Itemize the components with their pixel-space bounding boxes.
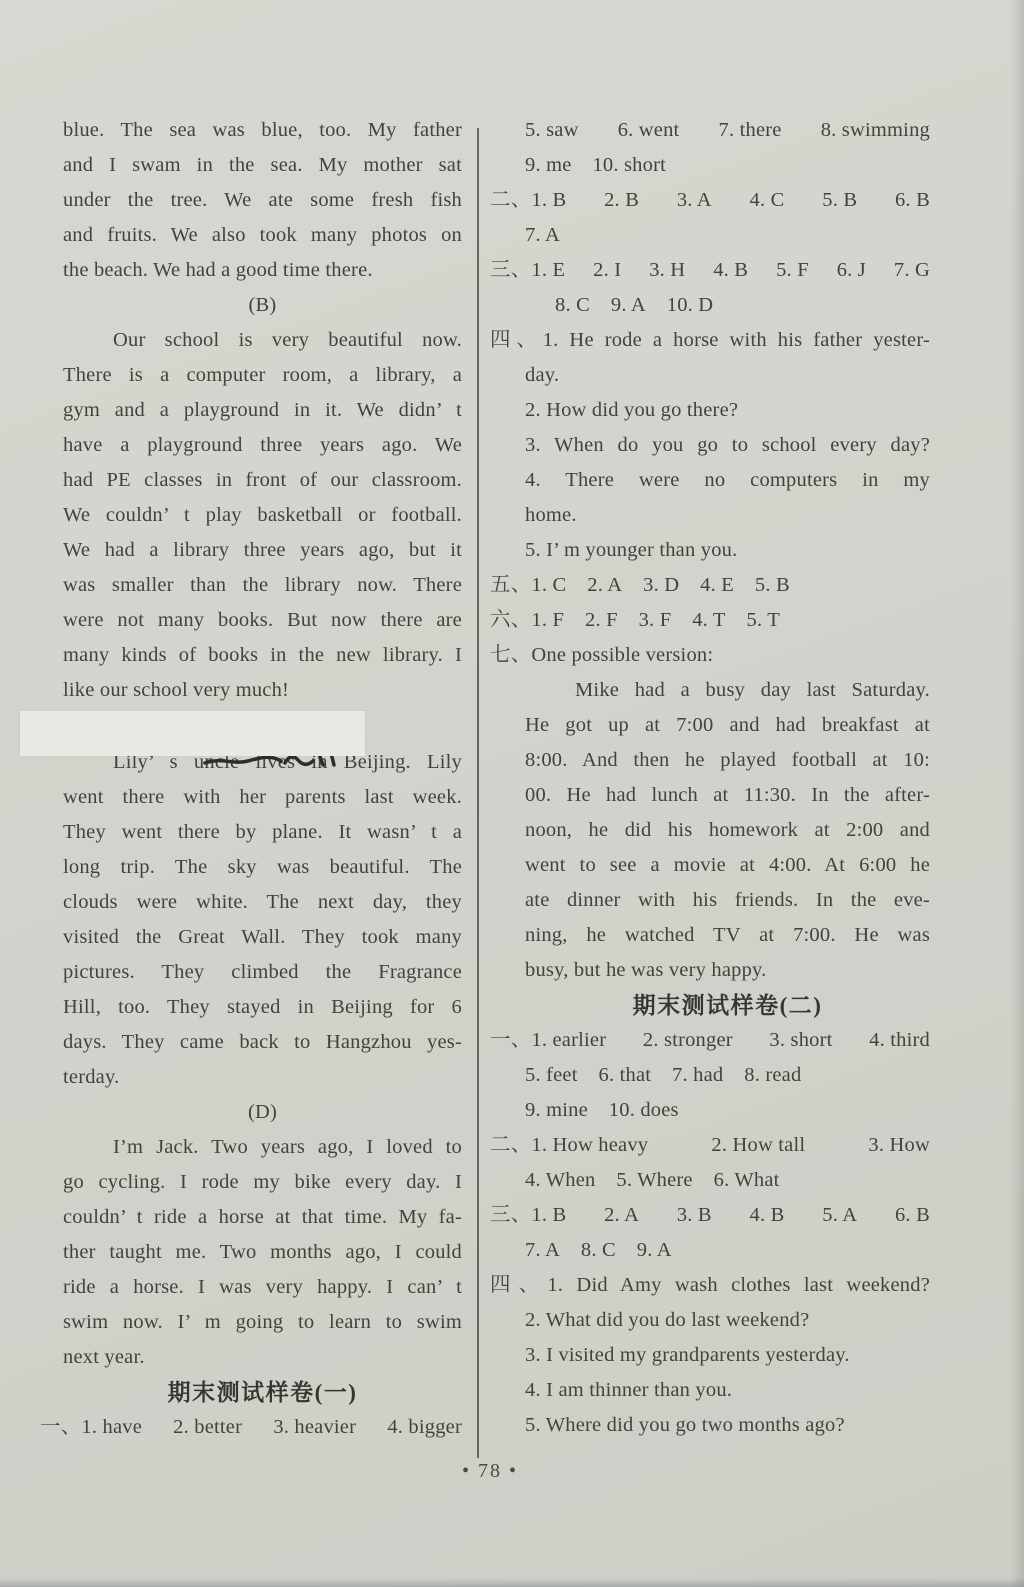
text-line: 5. Where did you go two months ago?	[525, 1408, 930, 1443]
answer-item: 7. G	[894, 253, 930, 288]
text-line: They went there by plane. It wasn’ t a	[63, 815, 462, 850]
answer-item: 4. C	[750, 183, 785, 218]
text-line: blue. The sea was blue, too. My father	[63, 113, 462, 148]
column-divider	[477, 128, 479, 1458]
text-line: days. They came back to Hangzhou yes-	[63, 1025, 462, 1060]
answer-item: 6. J	[837, 253, 866, 288]
text-line: 8:00. And then he played football at 10:	[525, 743, 930, 778]
text-line: have a playground three years ago. We	[63, 428, 462, 463]
answer-item: 三、1. B	[490, 1198, 566, 1233]
text-line: visited the Great Wall. They took many	[63, 920, 462, 955]
text-line: was smaller than the library now. There	[63, 568, 462, 603]
text-line: busy, but he was very happy.	[525, 953, 930, 988]
answer-item: 2. B	[604, 183, 639, 218]
section-heading: 期末测试样卷(二)	[525, 988, 930, 1023]
text-line: 8. C 9. A 10. D	[525, 288, 930, 323]
text-line: 5. feet 6. that 7. had 8. read	[525, 1058, 930, 1093]
answer-item: 3. short	[769, 1023, 832, 1058]
answer-item: 三、1. E	[490, 253, 565, 288]
answer-item: 6. B	[895, 1198, 930, 1233]
text-line: gym and a playground in it. We didn’ t	[63, 393, 462, 428]
answer-item: 3. B	[677, 1198, 712, 1233]
text-line: 9. mine 10. does	[525, 1093, 930, 1128]
text-line: day.	[525, 358, 930, 393]
answer-item: 4. bigger	[387, 1410, 462, 1445]
text-line: 六、1. F 2. F 3. F 4. T 5. T	[490, 603, 930, 638]
text-line: and fruits. We also took many photos on	[63, 218, 462, 253]
answer-item: 5. B	[822, 183, 857, 218]
answer-item: 2. I	[593, 253, 621, 288]
right-column: 5. saw6. went7. there8. swimming9. me 10…	[525, 113, 930, 1443]
answer-row: 5. saw6. went7. there8. swimming	[525, 113, 930, 148]
left-column: blue. The sea was blue, too. My fatheran…	[63, 113, 462, 1445]
answer-row: 三、1. B2. A3. B4. B5. A6. B	[490, 1198, 930, 1233]
text-line: (D)	[63, 1095, 462, 1130]
whiteout-gap	[63, 708, 462, 745]
answer-item: 5. F	[776, 253, 809, 288]
text-line: ning, he watched TV at 7:00. He was	[525, 918, 930, 953]
answer-row: 一、1. have2. better3. heavier4. bigger	[40, 1410, 462, 1445]
text-line: 5. I’ m younger than you.	[525, 533, 930, 568]
answer-item: 3. How	[868, 1128, 930, 1163]
text-line: Our school is very beautiful now.	[63, 323, 462, 358]
text-line: We had a library three years ago, but it	[63, 533, 462, 568]
answer-item: 7. there	[719, 113, 782, 148]
text-line: clouds were white. The next day, they	[63, 885, 462, 920]
answer-item: 2. better	[173, 1410, 242, 1445]
answer-item: 3. A	[677, 183, 712, 218]
text-line: 四、1. Did Amy wash clothes last weekend?	[490, 1268, 930, 1303]
answer-item: 5. saw	[525, 113, 579, 148]
text-line: had PE classes in front of our classroom…	[63, 463, 462, 498]
text-line: noon, he did his homework at 2:00 and	[525, 813, 930, 848]
answer-item: 一、1. have	[40, 1410, 142, 1445]
text-line: 00. He had lunch at 11:30. In the after-	[525, 778, 930, 813]
text-line: He got up at 7:00 and had breakfast at	[525, 708, 930, 743]
page: blue. The sea was blue, too. My fatheran…	[0, 0, 1024, 1587]
text-line: Hill, too. They stayed in Beijing for 6	[63, 990, 462, 1025]
answer-item: 二、1. B	[490, 183, 566, 218]
answer-item: 5. A	[822, 1198, 857, 1233]
text-line: like our school very much!	[63, 673, 462, 708]
answer-item: 6. B	[895, 183, 930, 218]
page-number: • 78 •	[430, 1460, 550, 1483]
whiteout-patch	[20, 711, 365, 756]
answer-item: 4. B	[713, 253, 748, 288]
text-line: under the tree. We ate some fresh fish	[63, 183, 462, 218]
answer-item: 8. swimming	[821, 113, 930, 148]
text-line: 七、One possible version:	[490, 638, 930, 673]
text-line: were not many books. But now there are	[63, 603, 462, 638]
answer-item: 二、1. How heavy	[490, 1128, 648, 1163]
text-line: There is a computer room, a library, a	[63, 358, 462, 393]
text-line: 4. When 5. Where 6. What	[525, 1163, 930, 1198]
text-line: 五、1. C 2. A 3. D 4. E 5. B	[490, 568, 930, 603]
text-line: 4. I am thinner than you.	[525, 1373, 930, 1408]
text-line: I’m Jack. Two years ago, I loved to	[63, 1130, 462, 1165]
text-line: next year.	[63, 1340, 462, 1375]
answer-item: 2. A	[604, 1198, 639, 1233]
text-line: ride a horse. I was very happy. I can’ t	[63, 1270, 462, 1305]
answer-item: 2. stronger	[643, 1023, 733, 1058]
answer-item: 2. How tall	[711, 1128, 805, 1163]
page-edge-shadow-right	[1010, 0, 1024, 1587]
text-line: ate dinner with his friends. In the eve-	[525, 883, 930, 918]
answer-row: 二、1. How heavy2. How tall3. How	[490, 1128, 930, 1163]
text-line: home.	[525, 498, 930, 533]
text-line: ther taught me. Two months ago, I could	[63, 1235, 462, 1270]
text-line: 2. What did you do last weekend?	[525, 1303, 930, 1338]
answer-item: 3. H	[649, 253, 685, 288]
text-line: 3. When do you go to school every day?	[525, 428, 930, 463]
text-line: 2. How did you go there?	[525, 393, 930, 428]
answer-item: 6. went	[618, 113, 680, 148]
text-line: 3. I visited my grandparents yesterday.	[525, 1338, 930, 1373]
text-line: long trip. The sky was beautiful. The	[63, 850, 462, 885]
text-line: pictures. They climbed the Fragrance	[63, 955, 462, 990]
page-edge-shadow-bottom	[0, 1578, 1024, 1587]
answer-row: 一、1. earlier2. stronger3. short4. third	[490, 1023, 930, 1058]
answer-row: 二、1. B2. B3. A4. C5. B6. B	[490, 183, 930, 218]
text-line: Mike had a busy day last Saturday.	[525, 673, 930, 708]
text-line: went there with her parents last week.	[63, 780, 462, 815]
text-line: 9. me 10. short	[525, 148, 930, 183]
text-line: 7. A	[525, 218, 930, 253]
answer-item: 4. B	[750, 1198, 785, 1233]
section-heading: 期末测试样卷(一)	[63, 1375, 462, 1410]
answer-item: 3. heavier	[273, 1410, 356, 1445]
text-line: go cycling. I rode my bike every day. I	[63, 1165, 462, 1200]
text-line: went to see a movie at 4:00. At 6:00 he	[525, 848, 930, 883]
answer-item: 一、1. earlier	[490, 1023, 606, 1058]
text-line: 四、1. He rode a horse with his father yes…	[490, 323, 930, 358]
text-line: 4. There were no computers in my	[525, 463, 930, 498]
answer-row: 三、1. E2. I3. H4. B5. F6. J7. G	[490, 253, 930, 288]
text-line: many kinds of books in the new library. …	[63, 638, 462, 673]
answer-item: 4. third	[869, 1023, 930, 1058]
text-line: terday.	[63, 1060, 462, 1095]
text-line: We couldn’ t play basketball or football…	[63, 498, 462, 533]
text-line: swim now. I’ m going to learn to swim	[63, 1305, 462, 1340]
text-line: couldn’ t ride a horse at that time. My …	[63, 1200, 462, 1235]
text-line: and I swam in the sea. My mother sat	[63, 148, 462, 183]
text-line: 7. A 8. C 9. A	[525, 1233, 930, 1268]
text-line: (B)	[63, 288, 462, 323]
text-line: the beach. We had a good time there.	[63, 253, 462, 288]
